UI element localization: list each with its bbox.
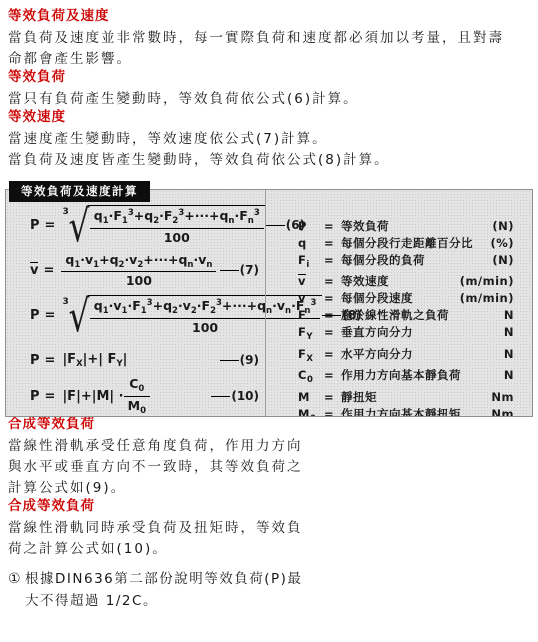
subscript: 2 bbox=[191, 306, 197, 316]
footnote-circled-number: ① bbox=[8, 568, 25, 612]
formula-lhs: P bbox=[30, 308, 40, 323]
formula-row: P=|FX|+| FY|(9) bbox=[30, 350, 259, 370]
legend-description: 水平方向分力 bbox=[341, 346, 504, 363]
legend-row: v=等效速度(m/min) bbox=[298, 273, 514, 290]
legend-symbol: Fi bbox=[298, 252, 324, 274]
subscript: 1 bbox=[122, 306, 128, 316]
heading-equivalent-speed: 等效速度 bbox=[8, 110, 528, 125]
legend-row: F=施於線性滑軌之負荷N bbox=[298, 307, 514, 324]
equals-sign: = bbox=[45, 308, 56, 323]
legend-description: 作用力方向基本靜扭矩 bbox=[341, 406, 491, 417]
subscript: 0 bbox=[138, 384, 144, 394]
legend-symbol: FX bbox=[298, 346, 324, 368]
legend-unit: N bbox=[504, 346, 514, 363]
legend-symbol: FY bbox=[298, 324, 324, 346]
paragraph-equivalent-load-and-speed: 當負荷及速度並非常數時，每一實際負荷和速度都必須加以考量，且對壽 命都會產生影響… bbox=[8, 28, 528, 70]
heading-combined-equivalent-load-2: 合成等效負荷 bbox=[8, 499, 528, 514]
legend-unit: (%) bbox=[490, 235, 514, 252]
subscript: 1 bbox=[74, 260, 80, 270]
legend-unit: Nm bbox=[491, 406, 514, 417]
legend-symbol: F bbox=[298, 307, 324, 324]
formula-box-title-tab: 等效負荷及速度計算 bbox=[9, 181, 150, 202]
subscript: Y bbox=[306, 332, 312, 342]
subscript: 2 bbox=[119, 260, 125, 270]
equals-sign: = bbox=[324, 273, 341, 290]
formula-row: P=|F|+|M| · C0M0(10) bbox=[30, 380, 259, 412]
cube-root-radical: 3√q1·F13+q2·F23+···+qn·Fn3100 bbox=[62, 205, 265, 244]
equation-dash bbox=[220, 360, 239, 361]
fraction: q1·F13+q2·F23+···+qn·Fn3100 bbox=[90, 208, 264, 244]
legend-description: 每個分段行走距離百分比 bbox=[341, 235, 490, 252]
equation-number-label: (9) bbox=[240, 353, 259, 367]
overline-symbol: v bbox=[298, 274, 306, 288]
radical-index: 3 bbox=[62, 207, 68, 217]
equals-sign: = bbox=[324, 290, 341, 307]
subscript: 1 bbox=[103, 306, 109, 316]
legend-unit: (m/min) bbox=[460, 290, 514, 307]
subscript: 2 bbox=[153, 216, 159, 226]
radical-index: 3 bbox=[62, 297, 68, 307]
heading-combined-equivalent-load-1: 合成等效負荷 bbox=[8, 417, 528, 432]
subscript: i bbox=[306, 260, 309, 270]
subscript: 2 bbox=[137, 260, 143, 270]
equals-sign: = bbox=[324, 367, 341, 384]
legend-row: FY=垂直方向分力N bbox=[298, 324, 514, 346]
equals-sign: = bbox=[324, 324, 341, 341]
legend-description: 作用力方向基本靜負荷 bbox=[341, 367, 504, 384]
equals-sign: = bbox=[45, 389, 56, 404]
equals-sign: = bbox=[324, 218, 341, 235]
equals-sign: = bbox=[324, 252, 341, 269]
legend-description: 靜扭矩 bbox=[341, 389, 491, 406]
legend-unit: (N) bbox=[492, 252, 514, 269]
formula-box-body: P=3√q1·F13+q2·F23+···+qn·Fn3100(6)v=q1·v… bbox=[5, 189, 533, 417]
formula-row: P=3√q1·v1·F13+q2·v2·F23+···+qn·vn·Fn3100… bbox=[30, 292, 259, 338]
superscript: 3 bbox=[147, 298, 153, 308]
subscript: n bbox=[206, 260, 212, 270]
legend-row: q=每個分段行走距離百分比(%) bbox=[298, 235, 514, 252]
legend-symbol: C0 bbox=[298, 367, 324, 389]
formula-expression: |FX|+| FY| bbox=[62, 352, 127, 369]
superscript: 3 bbox=[178, 208, 184, 218]
legend-description: 每個分段速度 bbox=[341, 290, 460, 307]
paragraph-equivalent-load: 當只有負荷產生變動時，等效負荷依公式(6)計算。 bbox=[8, 89, 528, 110]
formula-box: 等效負荷及速度計算 P=3√q1·F13+q2·F23+···+qn·Fn310… bbox=[5, 189, 528, 417]
legend-unit: N bbox=[504, 324, 514, 341]
symbol-legend-panel: P=等效負荷(N)q=每個分段行走距離百分比(%)Fi=每個分段的負荷(N)v=… bbox=[266, 190, 532, 416]
legend-symbol: q bbox=[298, 235, 324, 252]
legend-row: FX=水平方向分力N bbox=[298, 346, 514, 368]
denominator: M0 bbox=[124, 396, 150, 416]
subscript: n bbox=[228, 216, 234, 226]
subscript: 0 bbox=[140, 406, 146, 416]
legend-unit: N bbox=[504, 307, 514, 324]
superscript: 3 bbox=[254, 208, 260, 218]
document-page: 等效負荷及速度 當負荷及速度並非常數時，每一實際負荷和速度都必須加以考量，且對壽… bbox=[0, 0, 538, 642]
formula-lhs: P bbox=[30, 353, 40, 368]
paragraph-combined-equivalent-load-2: 當線性滑軌同時承受負荷及扭矩時，等效負 荷之計算公式如(10)。 bbox=[8, 518, 528, 560]
heading-equivalent-load: 等效負荷 bbox=[8, 70, 528, 85]
subscript: 0 bbox=[307, 375, 313, 385]
equals-sign: = bbox=[324, 307, 341, 324]
legend-symbol: M bbox=[298, 389, 324, 406]
subscript: 0 bbox=[310, 414, 316, 417]
overline-symbol: v bbox=[30, 262, 38, 277]
equals-sign: = bbox=[324, 346, 341, 363]
legend-unit: N bbox=[504, 367, 514, 384]
equals-sign: = bbox=[324, 406, 341, 417]
equation-number-label: (10) bbox=[231, 389, 259, 403]
paragraph-equivalent-speed: 當速度產生變動時，等效速度依公式(7)計算。 當負荷及速度皆產生變動時，等效負荷… bbox=[8, 129, 528, 171]
equals-sign: = bbox=[45, 353, 56, 368]
superscript: 3 bbox=[216, 298, 222, 308]
equals-sign: = bbox=[45, 218, 56, 233]
legend-description: 等效負荷 bbox=[341, 218, 492, 235]
legend-row: C0=作用力方向基本靜負荷N bbox=[298, 367, 514, 389]
equation-number: (10) bbox=[211, 389, 259, 403]
equation-number: (7) bbox=[220, 263, 259, 277]
legend-description: 垂直方向分力 bbox=[341, 324, 504, 341]
equals-sign: = bbox=[324, 235, 341, 252]
formula-lhs: v bbox=[30, 262, 38, 278]
legend-symbol: P bbox=[298, 218, 324, 235]
paragraph-combined-equivalent-load-1: 當線性滑軌承受任意角度負荷，作用力方向 與水平或垂直方向不一致時，其等效負荷之 … bbox=[8, 436, 528, 499]
legend-row: M0=作用力方向基本靜扭矩Nm bbox=[298, 406, 514, 417]
legend-description: 每個分段的負荷 bbox=[341, 252, 492, 269]
subscript: 1 bbox=[103, 216, 109, 226]
formula-row: P=3√q1·F13+q2·F23+···+qn·Fn3100(6) bbox=[30, 202, 259, 248]
equation-dash bbox=[220, 270, 239, 271]
subscript: n bbox=[187, 260, 193, 270]
formula-panel: P=3√q1·F13+q2·F23+···+qn·Fn3100(6)v=q1·v… bbox=[6, 190, 265, 416]
legend-description: 等效速度 bbox=[341, 273, 460, 290]
equals-sign: = bbox=[43, 263, 54, 278]
legend-unit: (N) bbox=[492, 218, 514, 235]
denominator: 100 bbox=[90, 228, 264, 245]
equation-dash bbox=[211, 396, 230, 397]
formula-expression: |F|+|M| · bbox=[62, 389, 123, 404]
legend-description: 施於線性滑軌之負荷 bbox=[341, 307, 504, 324]
subscript: X bbox=[76, 359, 83, 369]
equals-sign: = bbox=[324, 389, 341, 406]
numerator: q1·F13+q2·F23+···+qn·Fn3 bbox=[90, 208, 264, 227]
legend-symbol: M0 bbox=[298, 406, 324, 417]
formula-lhs: P bbox=[30, 389, 40, 404]
legend-row: M=靜扭矩Nm bbox=[298, 389, 514, 406]
footnote-text: 根據DIN636第二部份說明等效負荷(P)最 大不得超過 1/2C。 bbox=[25, 568, 302, 612]
legend-row: Fi=每個分段的負荷(N) bbox=[298, 252, 514, 274]
subscript: 1 bbox=[93, 260, 99, 270]
fraction: q1·v1+q2·v2+···+qn·vn100 bbox=[61, 252, 216, 288]
subscript: Y bbox=[116, 359, 122, 369]
legend-symbol: v bbox=[298, 273, 324, 290]
equation-number: (9) bbox=[220, 353, 259, 367]
legend-unit: Nm bbox=[491, 389, 514, 406]
legend-row: v=每個分段速度(m/min) bbox=[298, 290, 514, 307]
heading-equivalent-load-and-speed: 等效負荷及速度 bbox=[8, 9, 528, 24]
radicand: q1·F13+q2·F23+···+qn·Fn3100 bbox=[88, 205, 266, 244]
fraction: C0M0 bbox=[124, 376, 150, 415]
superscript: 3 bbox=[128, 208, 134, 218]
numerator: C0 bbox=[125, 376, 148, 395]
formula-lhs: P bbox=[30, 218, 40, 233]
legend-row: P=等效負荷(N) bbox=[298, 218, 514, 235]
footnote: ① 根據DIN636第二部份說明等效負荷(P)最 大不得超過 1/2C。 bbox=[8, 568, 528, 612]
denominator: 100 bbox=[61, 271, 216, 288]
legend-symbol: v bbox=[298, 290, 324, 307]
subscript: 2 bbox=[172, 306, 178, 316]
subscript: X bbox=[306, 354, 313, 364]
formula-row: v=q1·v1+q2·v2+···+qn·vn100(7) bbox=[30, 252, 259, 288]
legend-unit: (m/min) bbox=[460, 273, 514, 290]
equation-number-label: (7) bbox=[240, 263, 259, 277]
numerator: q1·v1+q2·v2+···+qn·vn bbox=[61, 252, 216, 271]
